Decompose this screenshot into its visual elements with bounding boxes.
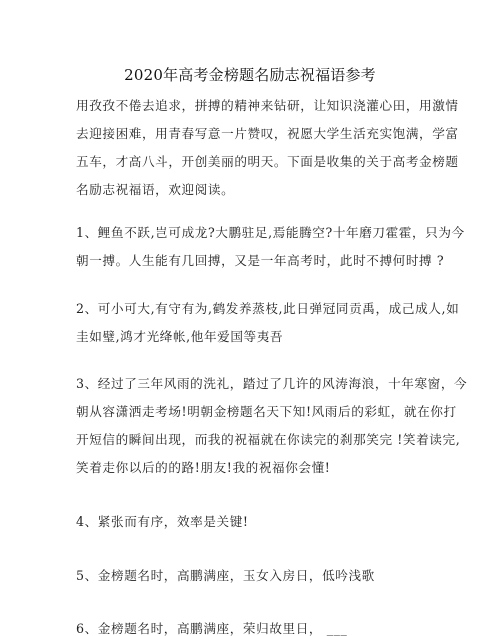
list-item-line: 4、紧张而有序，效率是关键! [76, 511, 249, 530]
document-title: 2020年高考金榜题名励志祝福语参考 [0, 64, 500, 85]
intro-line: 名励志祝福语，欢迎阅读。 [76, 179, 234, 198]
intro-line: 用孜孜不倦去追求，拼搏的精神来钻研，让知识浇灌心田，用激情 [76, 95, 459, 114]
intro-line: 去迎接困难，用青春写意一片赞叹，祝愿大学生活充实饱满，学富 [76, 123, 459, 142]
list-item-line: 2、可小可大,有守有为,鹤发养蒸枝,此日弹冠同贡禹，成己成人,如 [76, 298, 459, 317]
list-item-line: 朝一搏。人生能有几回搏，又是一年高考时，此时不搏何时搏 ? [76, 250, 444, 269]
list-item-line: 朝从容潇洒走考场!明朝金榜题名天下知!风雨后的彩虹，就在你打 [76, 401, 457, 420]
list-item-line: 1、鲤鱼不跃,岂可成龙?大鹏驻足,焉能腾空?十年磨刀霍霍，只为今 [76, 222, 465, 241]
list-item-line: 圭如璧,鸿才光绛帐,他年爱国等夷吾 [76, 326, 283, 345]
document-page: 2020年高考金榜题名励志祝福语参考 用孜孜不倦去追求，拼搏的精神来钻研，让知识… [0, 0, 500, 636]
list-item-line: 5、金榜题名时，高鹏满座，玉女入房日，低吟浅歌 [76, 565, 375, 584]
list-item-line: 6、金榜题名时，高鹏满座，荣归故里日， ___ [76, 618, 347, 636]
list-item-line: 3、经过了三年风雨的洗礼，踏过了几许的风涛海浪，十年寒窗，今 [76, 373, 467, 392]
list-item-line: 笑着走你以后的的路!朋友!我的祝福你会懂! [76, 457, 330, 476]
list-item-line: 开短信的瞬间出现，而我的祝福就在你读完的刹那笑完 !笑着读完, [76, 429, 460, 448]
intro-line: 五车，才高八斗，开创美丽的明天。下面是收集的关于高考金榜题 [76, 151, 459, 170]
